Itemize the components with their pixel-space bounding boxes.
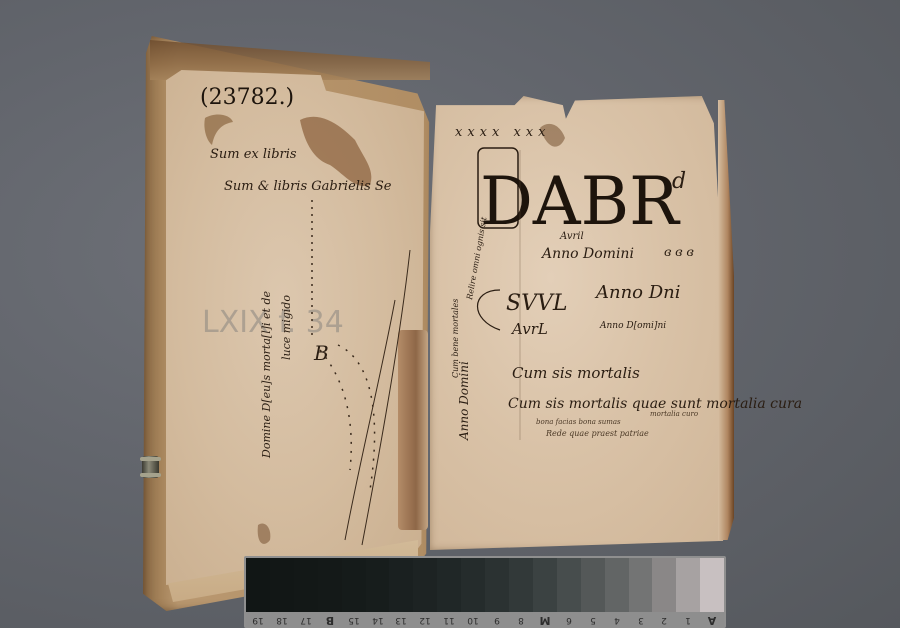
gray-label: A [700,612,724,628]
left-flyleaf-page [166,70,424,585]
gray-label: 11 [437,612,461,628]
gray-patch [700,558,724,612]
gray-label: 17 [294,612,318,628]
gray-patch [461,558,485,612]
gray-patch [629,558,653,612]
gray-patch [509,558,533,612]
gray-label: 6 [557,612,581,628]
gray-label: 13 [389,612,413,628]
gray-label: 12 [413,612,437,628]
right-title-page [430,96,732,550]
gray-patch [676,558,700,612]
gray-label: 15 [342,612,366,628]
gray-patch [605,558,629,612]
gray-label: 4 [605,612,629,628]
gray-patch [533,558,557,612]
gray-patches [246,558,724,612]
gray-patch [294,558,318,612]
gray-label: 18 [270,612,294,628]
manuscript-photo: (23782.) Sum ex libris Sum & libris Gabr… [0,0,900,628]
gray-patch [413,558,437,612]
gray-patch [389,558,413,612]
gray-label: 2 [652,612,676,628]
gray-label: 3 [629,612,653,628]
gray-patch [318,558,342,612]
right-page-edge [718,100,734,540]
gray-label: B [318,612,342,628]
gray-label: 5 [581,612,605,628]
gray-patch [485,558,509,612]
book-gutter [398,330,428,530]
grayscale-reference-card: 19 18 17 B 15 14 13 12 11 10 9 8 M 6 5 4… [244,556,726,628]
metal-clasp-icon [142,456,159,478]
gray-label: 9 [485,612,509,628]
gray-scale-labels: 19 18 17 B 15 14 13 12 11 10 9 8 M 6 5 4… [246,612,724,628]
gray-patch [342,558,366,612]
gray-label: 8 [509,612,533,628]
gray-patch [246,558,270,612]
gray-patch [557,558,581,612]
gray-label: 14 [366,612,390,628]
gray-patch [581,558,605,612]
gray-label: M [533,612,557,628]
gray-label: 1 [676,612,700,628]
gray-patch [366,558,390,612]
gray-label: 10 [461,612,485,628]
gray-label: 19 [246,612,270,628]
gray-patch [652,558,676,612]
gray-patch [437,558,461,612]
gray-patch [270,558,294,612]
